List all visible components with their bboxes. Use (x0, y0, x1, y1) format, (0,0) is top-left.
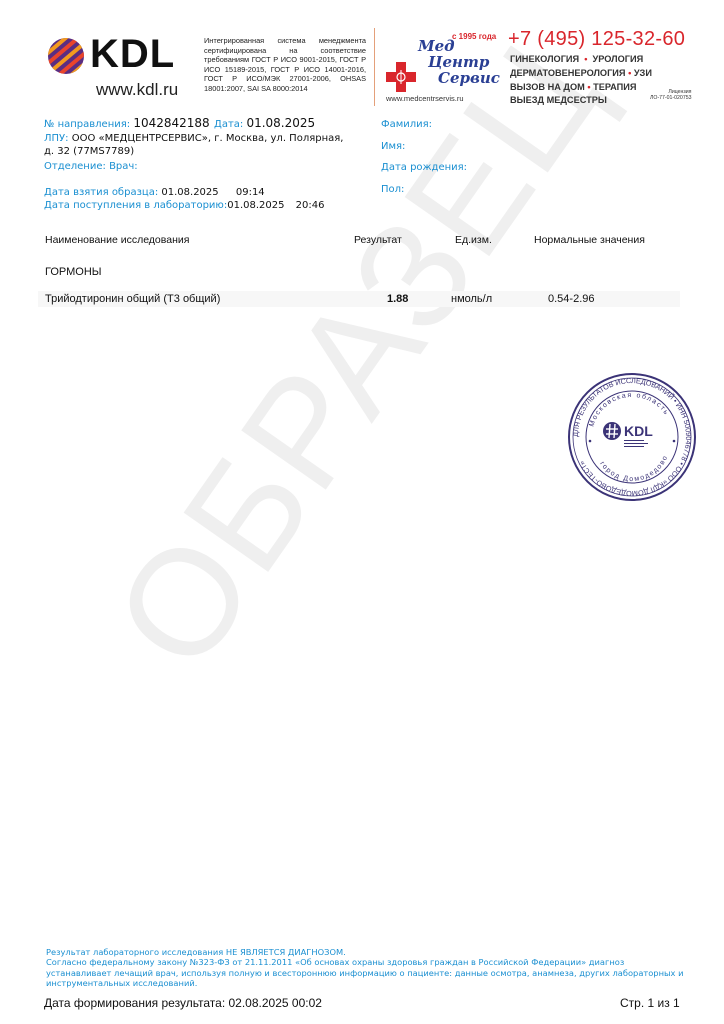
referral-line: № направления: 1042842188 (44, 117, 210, 131)
services-line-1: ГИНЕКОЛОГИЯ • УРОЛОГИЯ (510, 53, 652, 67)
sample-date: 01.08.2025 (161, 187, 218, 198)
services-line-2: ДЕРМАТОВЕНЕРОЛОГИЯ • УЗИ (510, 67, 652, 81)
received-line: Дата поступления в лабораторию:01.08.202… (44, 199, 325, 212)
partner-services: ГИНЕКОЛОГИЯ • УРОЛОГИЯ ДЕРМАТОВЕНЕРОЛОГИ… (510, 53, 652, 108)
license-number: ЛО-77-01-020753 (650, 95, 691, 101)
kdl-globe-icon (46, 36, 86, 76)
partner-url: www.medcentrservis.ru (386, 94, 464, 103)
department-label: Отделение: (44, 161, 106, 172)
referral-number: 1042842188 (133, 116, 209, 130)
services-line-4: ВЫЕЗД МЕДСЕСТРЫ (510, 94, 652, 108)
partner-license: Лицензия ЛО-77-01-020753 (650, 89, 691, 101)
group-title: ГОРМОНЫ (45, 266, 102, 278)
sex-label: Пол: (381, 183, 404, 196)
page-number: Стр. 1 из 1 (620, 996, 680, 1010)
sample-date-line: Дата взятия образца: 01.08.2025 09:14 (44, 186, 265, 199)
received-date: 01.08.2025 (227, 200, 284, 211)
column-header-unit: Ед.изм. (455, 234, 492, 246)
sample-watermark: ОБРАЗЕЦ (80, 11, 634, 699)
partner-name-line2: Центр (418, 54, 500, 70)
partner-name-line3: Сервис (418, 70, 500, 86)
kdl-url: www.kdl.ru (96, 80, 178, 100)
test-result: 1.88 (387, 293, 408, 305)
column-header-test: Наименование исследования (45, 234, 189, 246)
certification-text: Интегрированная система менеджмента серт… (204, 36, 366, 94)
partner-name: Мед Центр Сервис (418, 38, 500, 86)
disclaimer-line-1: Результат лабораторного исследования НЕ … (46, 947, 686, 957)
test-unit: нмоль/л (451, 293, 492, 305)
lpu-label: ЛПУ: (44, 133, 69, 144)
stamp-brand: KDL (624, 423, 653, 439)
kdl-logo: KDL (46, 36, 186, 80)
doctor-label: Врач: (109, 161, 138, 172)
partner-phone: +7 (495) 125-32-60 (508, 28, 685, 51)
received-time: 20:46 (296, 200, 325, 211)
sample-date-label: Дата взятия образца: (44, 187, 158, 198)
lpu-line: ЛПУ: ООО «МЕДЦЕНТРСЕРВИС», г. Москва, ул… (44, 132, 343, 145)
department-line: Отделение: Врач: (44, 160, 138, 173)
generated-label: Дата формирования результата: (44, 996, 225, 1010)
order-date: 01.08.2025 (246, 116, 315, 130)
stamp-inner-bottom: город Домодедово (598, 454, 669, 483)
medical-cross-icon (386, 62, 416, 92)
name-label: Имя: (381, 140, 405, 153)
header-divider (374, 28, 375, 106)
stamp-globe-icon (603, 422, 621, 440)
lab-stamp: ДЛЯ РЕЗУЛЬТАТОВ ИССЛЕДОВАНИЙ • ИНН 50090… (562, 373, 702, 501)
column-header-reference: Нормальные значения (534, 234, 645, 246)
birthdate-label: Дата рождения: (381, 161, 467, 174)
referral-label: № направления: (44, 119, 130, 130)
services-line-3: ВЫЗОВ НА ДОМ • ТЕРАПИЯ (510, 81, 652, 95)
svg-text:город Домодедово: город Домодедово (598, 454, 669, 483)
received-label: Дата поступления в лабораторию: (44, 200, 227, 211)
column-header-result: Результат (354, 234, 402, 246)
date-line: Дата: 01.08.2025 (214, 117, 315, 131)
surname-label: Фамилия: (381, 118, 432, 131)
date-label: Дата: (214, 119, 243, 130)
test-reference: 0.54-2.96 (548, 293, 594, 305)
lpu-value: ООО «МЕДЦЕНТРСЕРВИС», г. Москва, ул. Пол… (72, 133, 344, 144)
generated-value: 02.08.2025 00:02 (229, 996, 322, 1010)
disclaimer: Результат лабораторного исследования НЕ … (46, 947, 686, 989)
sample-time: 09:14 (236, 187, 265, 198)
generated-date: Дата формирования результата: 02.08.2025… (44, 996, 322, 1010)
partner-name-line1: Мед (418, 38, 500, 54)
test-name: Трийодтиронин общий (Т3 общий) (45, 293, 220, 305)
disclaimer-line-2: Согласно федеральному закону №323-ФЗ от … (46, 957, 686, 988)
kdl-brand: KDL (90, 32, 175, 77)
lpu-value-cont: д. 32 (77MS7789) (44, 145, 134, 158)
